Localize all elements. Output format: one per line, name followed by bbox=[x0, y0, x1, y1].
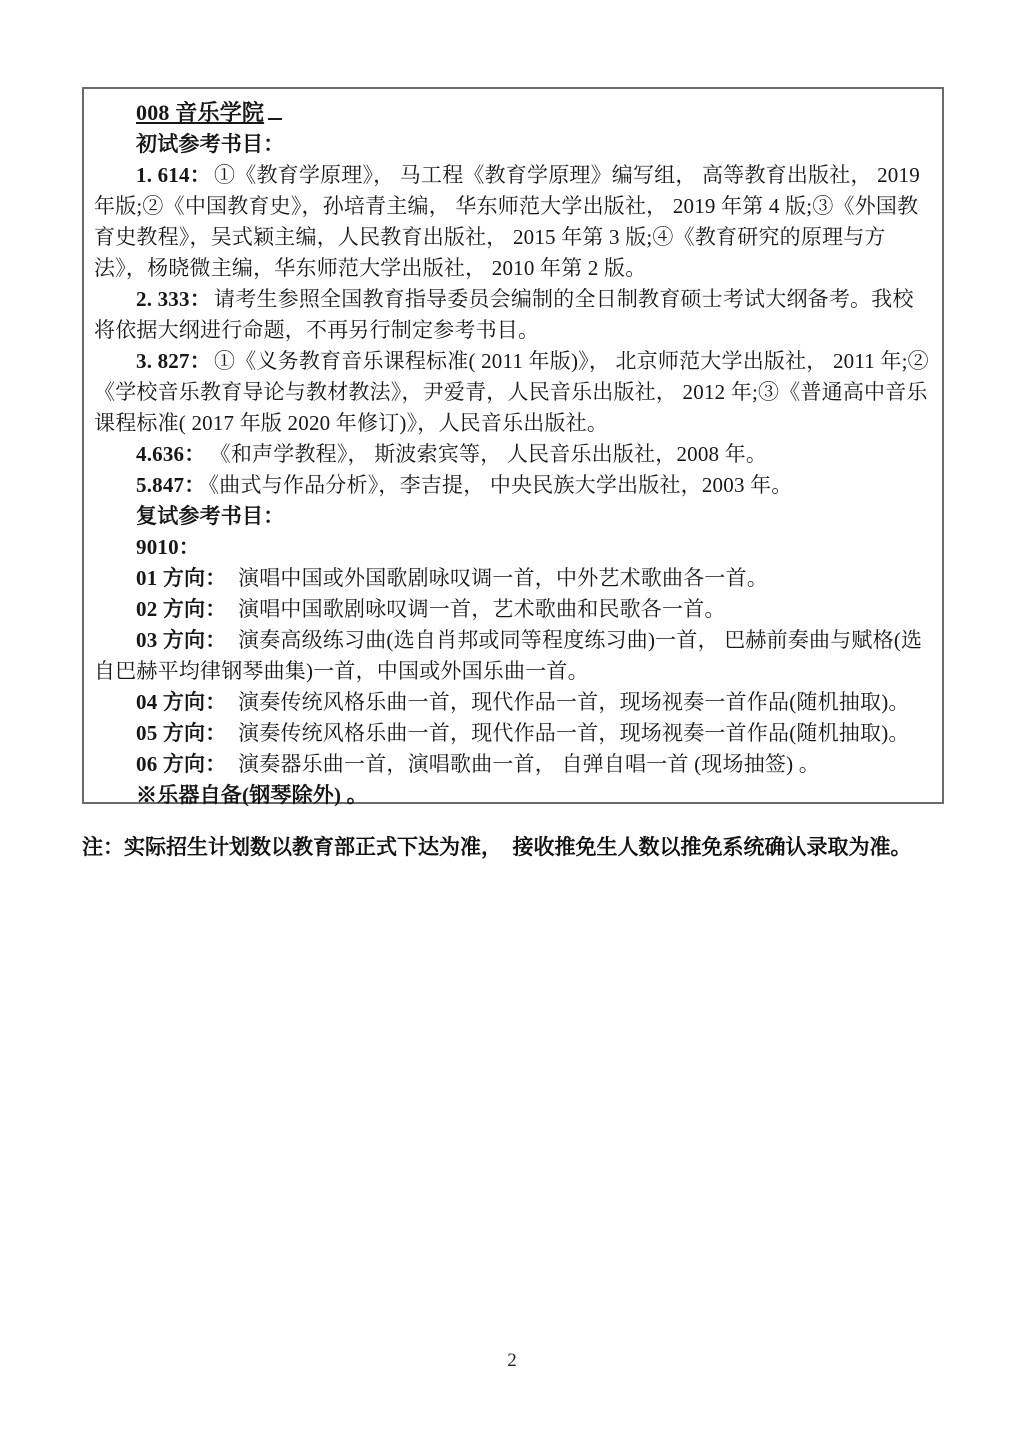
direction-label: 01 方向： bbox=[136, 566, 226, 590]
direction-label: 06 方向： bbox=[136, 752, 226, 776]
book-item-5: 5.847：《曲式与作品分析》，李吉提， 中央民族大学出版社，2003 年。 bbox=[94, 470, 934, 501]
direction-row-06: 06 方向：演奏器乐曲一首，演唱歌曲一首， 自弹自唱一首 (现场抽签) 。 bbox=[94, 749, 934, 780]
direction-label: 03 方向： bbox=[136, 628, 226, 652]
book-item-text: 《曲式与作品分析》，李吉提， 中央民族大学出版社，2003 年。 bbox=[209, 473, 793, 497]
exam-code: 9010： bbox=[94, 532, 934, 563]
direction-row-02: 02 方向：演唱中国歌剧咏叹调一首，艺术歌曲和民歌各一首。 bbox=[94, 594, 934, 625]
book-item-label: 5.847： bbox=[136, 473, 205, 497]
direction-text: 演唱中国歌剧咏叹调一首，艺术歌曲和民歌各一首。 bbox=[238, 597, 726, 621]
initial-exam-heading: 初试参考书目： bbox=[94, 129, 934, 160]
book-item-text: ①《义务教育音乐课程标准( 2011 年版)》， 北京师范大学出版社， 2011… bbox=[94, 349, 929, 435]
direction-text: 演奏传统风格乐曲一首，现代作品一首，现场视奏一首作品(随机抽取)。 bbox=[238, 721, 910, 745]
book-item-label: 4.636： bbox=[136, 442, 205, 466]
direction-label: 05 方向： bbox=[136, 721, 226, 745]
direction-row-01: 01 方向：演唱中国或外国歌剧咏叹调一首，中外艺术歌曲各一首。 bbox=[94, 563, 934, 594]
section-title: 008 音乐学院 bbox=[136, 100, 268, 125]
direction-row-03: 03 方向：演奏高级练习曲(选自肖邦或同等程度练习曲)一首， 巴赫前奏曲与赋格(… bbox=[94, 625, 934, 687]
book-item-text: 《和声学教程》， 斯波索宾等， 人民音乐出版社，2008 年。 bbox=[220, 442, 767, 466]
title-underline-tail bbox=[268, 94, 282, 120]
book-item-3: 3. 827：①《义务教育音乐课程标准( 2011 年版)》， 北京师范大学出版… bbox=[94, 346, 934, 439]
direction-label: 02 方向： bbox=[136, 597, 226, 621]
book-item-label: 1. 614： bbox=[136, 163, 211, 187]
direction-label: 04 方向： bbox=[136, 690, 226, 714]
book-item-4: 4.636：《和声学教程》， 斯波索宾等， 人民音乐出版社，2008 年。 bbox=[94, 439, 934, 470]
page-number: 2 bbox=[0, 1350, 1024, 1372]
book-item-label: 2. 333： bbox=[136, 287, 211, 311]
direction-text: 演唱中国或外国歌剧咏叹调一首，中外艺术歌曲各一首。 bbox=[238, 566, 768, 590]
direction-row-05: 05 方向：演奏传统风格乐曲一首，现代作品一首，现场视奏一首作品(随机抽取)。 bbox=[94, 718, 934, 749]
content-box: 008 音乐学院 初试参考书目： 1. 614：①《教育学原理》， 马工程《教育… bbox=[82, 87, 944, 804]
direction-text: 演奏传统风格乐曲一首，现代作品一首，现场视奏一首作品(随机抽取)。 bbox=[238, 690, 910, 714]
document-page: { "colors": { "box_border": "#6a6a6a", "… bbox=[0, 0, 1024, 1448]
section-title-line: 008 音乐学院 bbox=[94, 94, 934, 129]
book-item-text: ①《教育学原理》， 马工程《教育学原理》编写组， 高等教育出版社， 2019 年… bbox=[94, 163, 920, 280]
admission-note: 注：实际招生计划数以教育部正式下达为准， 接收推免生人数以推免系统确认录取为准。 bbox=[82, 833, 964, 863]
retest-exam-heading: 复试参考书目： bbox=[94, 501, 934, 532]
book-item-2: 2. 333：请考生参照全国教育指导委员会编制的全日制教育硕士考试大纲备考。我校… bbox=[94, 284, 934, 346]
book-item-label: 3. 827： bbox=[136, 349, 211, 373]
book-item-1: 1. 614：①《教育学原理》， 马工程《教育学原理》编写组， 高等教育出版社，… bbox=[94, 160, 934, 284]
instrument-footnote: ※乐器自备(钢琴除外) 。 bbox=[94, 780, 934, 811]
book-item-text: 请考生参照全国教育指导委员会编制的全日制教育硕士考试大纲备考。我校将依据大纲进行… bbox=[94, 287, 914, 342]
direction-text: 演奏器乐曲一首，演唱歌曲一首， 自弹自唱一首 (现场抽签) 。 bbox=[238, 752, 820, 776]
direction-row-04: 04 方向：演奏传统风格乐曲一首，现代作品一首，现场视奏一首作品(随机抽取)。 bbox=[94, 687, 934, 718]
